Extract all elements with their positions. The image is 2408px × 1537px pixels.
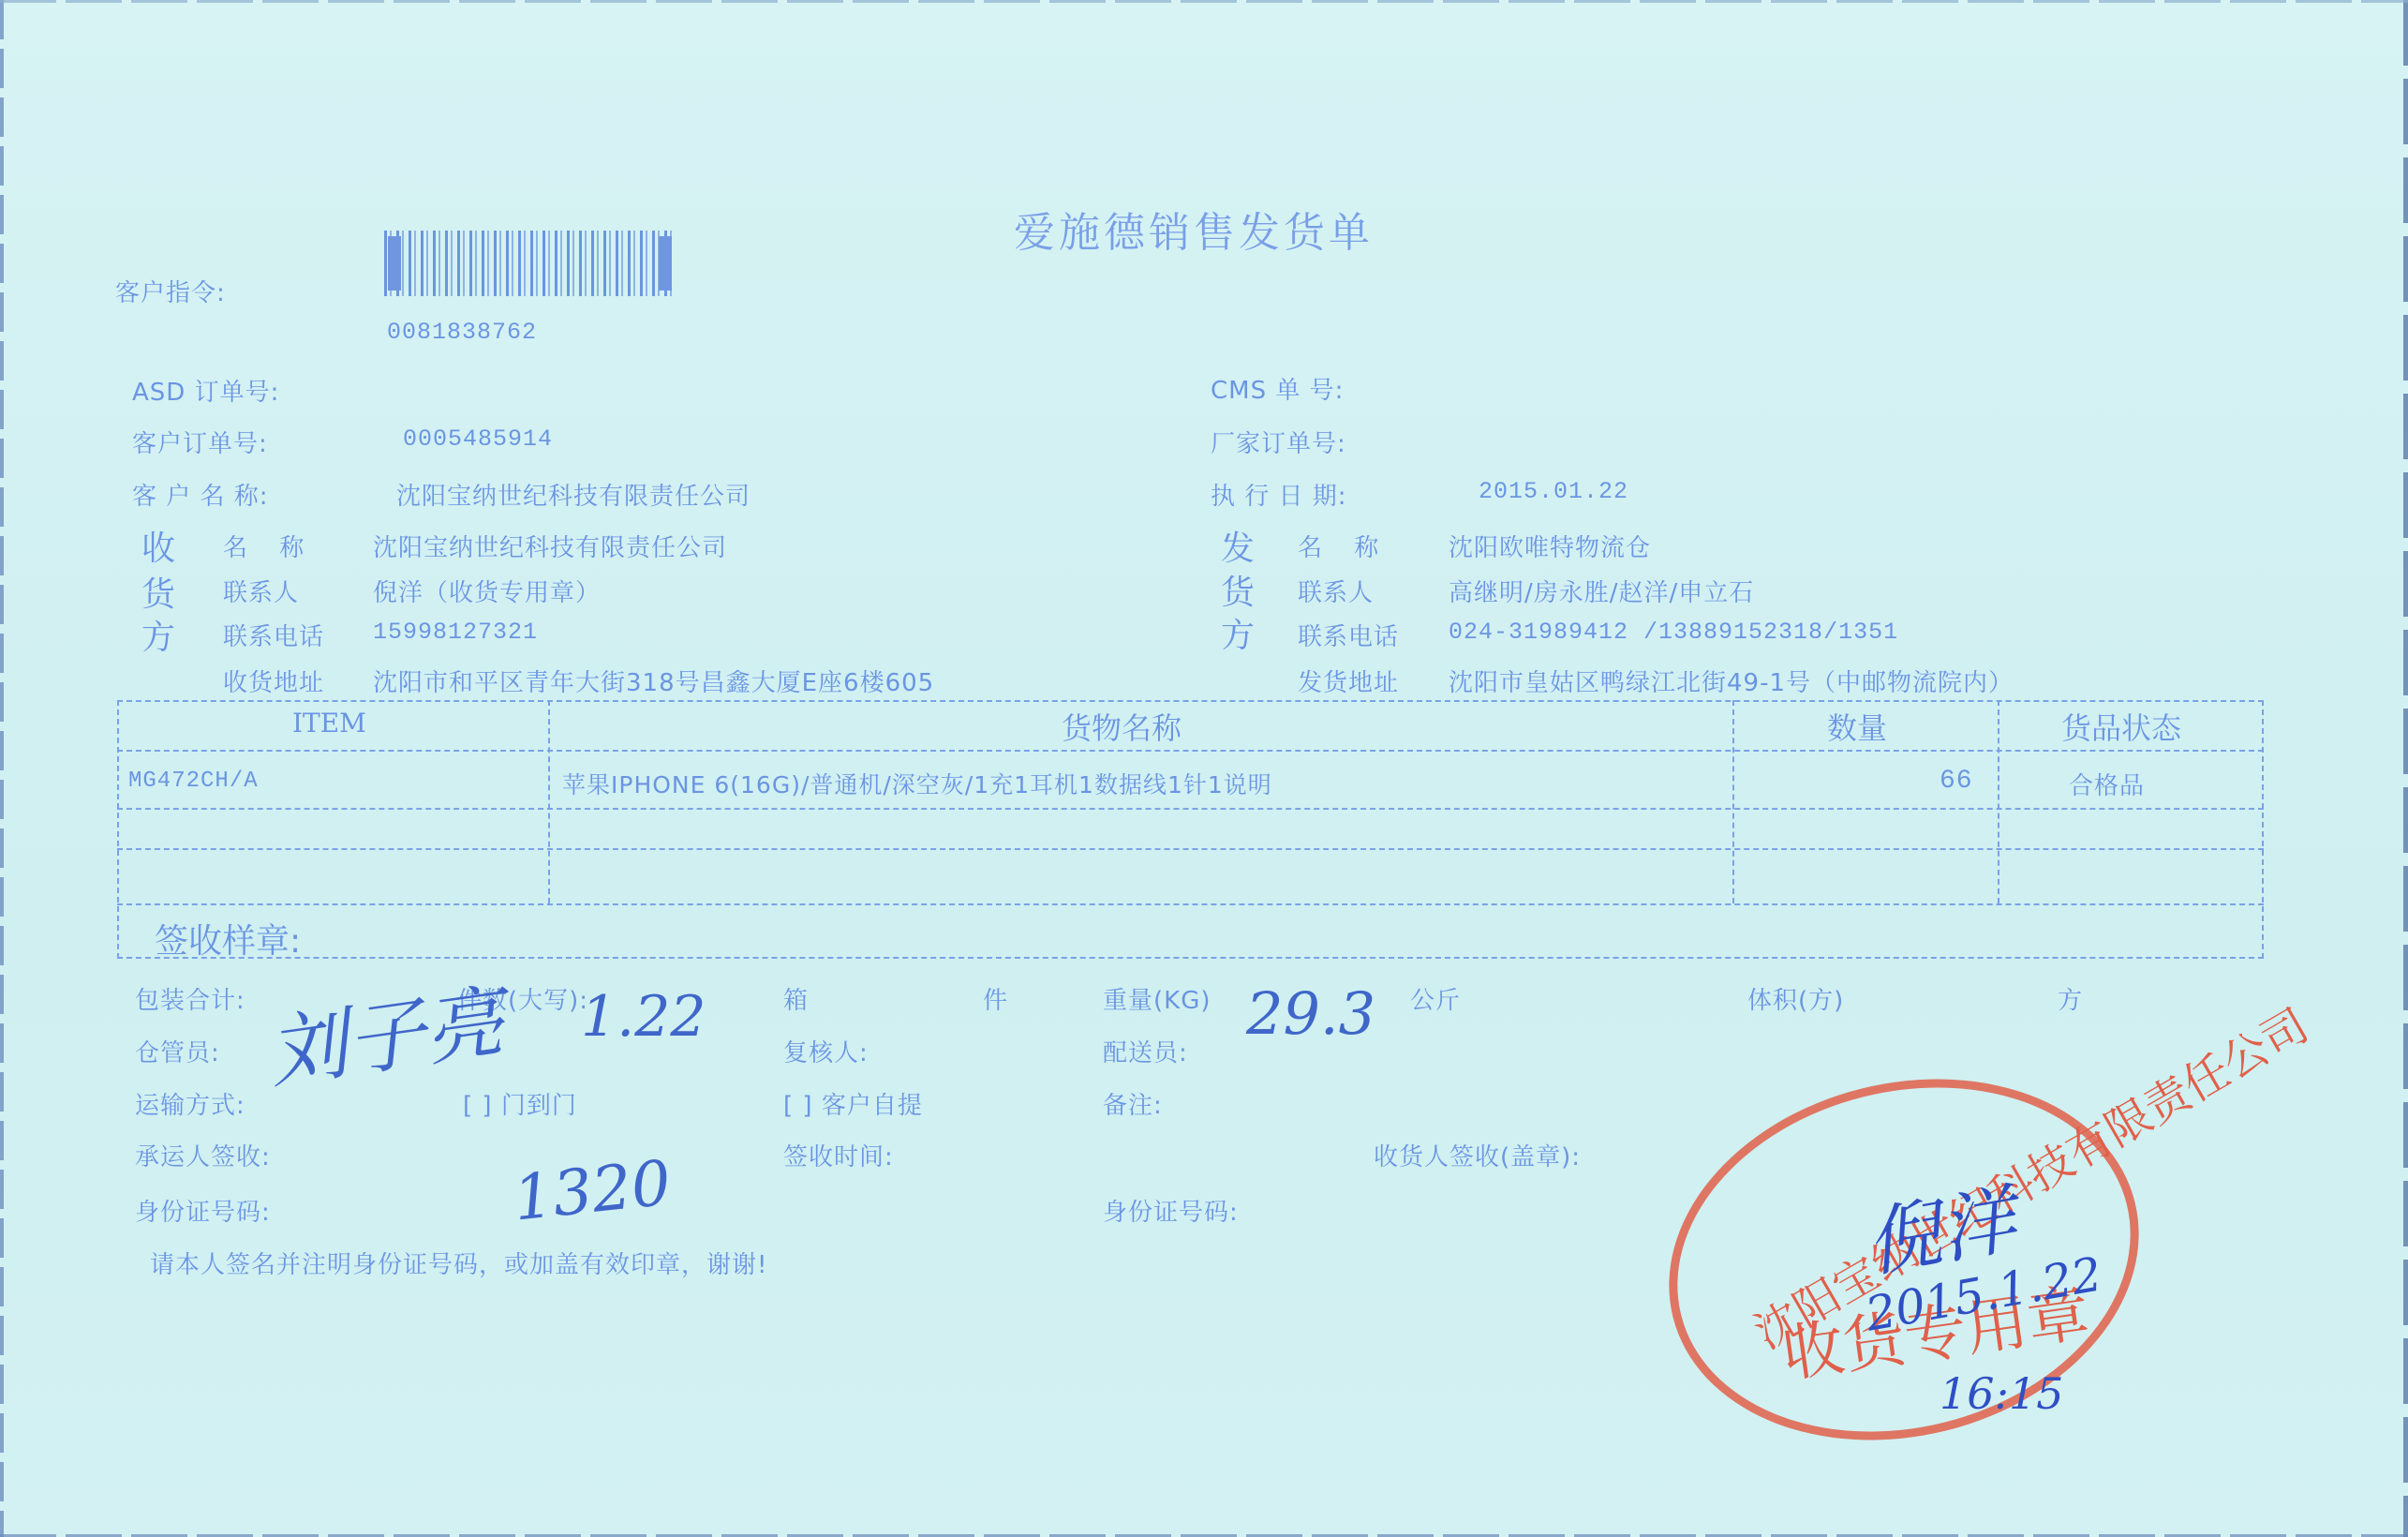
receiver-address-value: 沈阳市和平区青年大街318号昌鑫大厦E座6楼605 [373, 664, 934, 698]
package-total-label: 包装合计: [135, 981, 245, 1016]
sender-address-label: 发货地址 [1298, 664, 1399, 698]
handwritten-receive-time: 16:15 [1940, 1368, 2064, 1419]
table-column-divider [1998, 700, 1999, 903]
receiver-side-char-2: 货 [141, 568, 175, 616]
column-header-status: 货品状态 [2061, 705, 2181, 748]
receiver-name-value: 沈阳宝纳世纪科技有限责任公司 [373, 529, 727, 563]
table-divider [117, 808, 2264, 810]
sender-side-char-1: 发 [1221, 522, 1255, 570]
sender-contact-label: 联系人 [1298, 574, 1374, 608]
sender-side-char-3: 方 [1221, 609, 1255, 657]
column-header-goods-name: 货物名称 [1062, 705, 1182, 748]
perforation-top [0, 0, 2408, 3]
perforation-left [0, 0, 4, 1537]
perforation-right [2403, 0, 2408, 1537]
table-divider [117, 848, 2264, 850]
barcode-icon [384, 231, 676, 296]
customer-instruction-label: 客户指令: [115, 274, 226, 308]
receiver-side-char-1: 收 [141, 522, 175, 570]
weight-unit: 公斤 [1410, 981, 1461, 1016]
customer-order-value: 0005485914 [403, 425, 553, 453]
id-number-label: 身份证号码: [135, 1193, 271, 1228]
handwritten-weight: 29.3 [1246, 979, 1375, 1048]
receiver-phone-value: 15998127321 [373, 619, 538, 646]
sender-name-label: 名 称 [1298, 529, 1379, 563]
row-quantity: 66 [1940, 767, 1973, 796]
carrier-sign-label: 承运人签收: [135, 1138, 271, 1172]
cms-label: CMS 单 号: [1211, 371, 1344, 406]
factory-order-label: 厂家订单号: [1211, 425, 1346, 459]
row-item-code: MG472CH/A [128, 768, 259, 794]
sender-phone-label: 联系电话 [1298, 618, 1399, 652]
document-title: 爱施德销售发货单 [1014, 199, 1374, 259]
warehouse-keeper-label: 仓管员: [135, 1034, 220, 1068]
customer-order-label: 客户订单号: [132, 425, 268, 459]
deliverer-label: 配送员: [1103, 1034, 1188, 1068]
sender-phone-value: 024-31989412 /13889152318/1351 [1449, 619, 1898, 646]
column-header-quantity: 数量 [1827, 705, 1887, 748]
id-number-label-receiver: 身份证号码: [1103, 1193, 1239, 1228]
handwritten-date-note: 1.22 [581, 984, 706, 1050]
table-column-divider [548, 700, 550, 903]
receiver-phone-label: 联系电话 [223, 618, 324, 652]
box-label: 箱 [783, 981, 809, 1016]
column-header-item: ITEM [292, 708, 366, 739]
receiver-address-label: 收货地址 [223, 664, 324, 698]
sender-side-char-2: 货 [1221, 566, 1255, 614]
option-customer-pickup[interactable]: [ ] 客户自提 [783, 1086, 923, 1121]
receiver-contact-value: 倪洋（收货专用章） [373, 574, 601, 608]
sender-name-value: 沈阳欧唯特物流仓 [1449, 529, 1651, 563]
row-goods-name: 苹果IPHONE 6(16G)/普通机/深空灰/1充1耳机1数据线1针1说明 [562, 767, 1272, 800]
weight-label: 重量(KG) [1103, 981, 1211, 1016]
volume-label: 体积(方) [1747, 981, 1844, 1016]
receiver-name-label: 名 称 [223, 529, 305, 563]
exec-date-value: 2015.01.22 [1479, 478, 1628, 505]
receiver-sign-label: 收货人签收(盖章): [1374, 1138, 1581, 1172]
transport-label: 运输方式: [135, 1086, 245, 1121]
customer-name-label: 客 户 名 称: [132, 477, 269, 512]
signature-note: 请本人签名并注明身份证号码，或加盖有效印章，谢谢! [150, 1246, 767, 1280]
customer-name-value: 沈阳宝纳世纪科技有限责任公司 [396, 477, 751, 512]
asd-order-label: ASD 订单号: [132, 373, 279, 408]
volume-unit: 方 [2058, 981, 2083, 1016]
row-status: 合格品 [2069, 767, 2145, 801]
table-column-divider [1732, 700, 1734, 903]
receiver-contact-label: 联系人 [223, 574, 299, 608]
piece-unit-label: 件 [983, 981, 1008, 1016]
table-divider [117, 903, 2264, 905]
sign-time-label: 签收时间: [783, 1138, 894, 1172]
option-door-to-door[interactable]: [ ] 门到门 [463, 1086, 577, 1121]
reviewer-label: 复核人: [783, 1034, 869, 1068]
goods-table [117, 700, 2264, 959]
receiver-side-char-3: 方 [141, 611, 175, 659]
table-divider [117, 750, 2264, 752]
barcode-number: 0081838762 [387, 319, 537, 346]
remark-label: 备注: [1103, 1086, 1163, 1121]
sender-address-value: 沈阳市皇姑区鸭绿江北街49-1号（中邮物流院内） [1449, 664, 2014, 698]
exec-date-label: 执 行 日 期: [1211, 477, 1347, 512]
sign-sample-label: 签收样章: [155, 915, 301, 962]
sender-contact-value: 高继明/房永胜/赵洋/申立石 [1449, 574, 1754, 608]
